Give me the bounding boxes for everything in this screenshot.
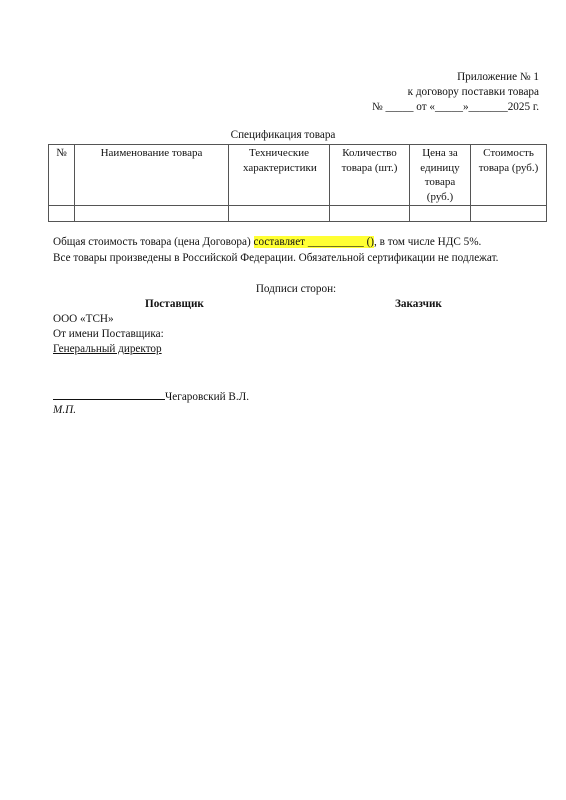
supplier-on-behalf: От имени Поставщика:: [53, 328, 164, 340]
signer-name: Чегаровский В.Л.: [165, 391, 249, 403]
column-header-quantity: Количество товара (шт.): [330, 145, 410, 206]
appendix-contract-number-date: № _____ от «_____»_______2025 г.: [372, 100, 539, 114]
customer-label: Заказчик: [395, 298, 442, 310]
appendix-number: Приложение № 1: [457, 70, 539, 84]
total-cost-prefix: Общая стоимость товара (цена Договора): [53, 236, 254, 248]
origin-note: Все товары произведены в Российской Феде…: [53, 252, 498, 264]
table-cell[interactable]: [410, 206, 471, 222]
table-header-row: № Наименование товара Технические характ…: [49, 145, 547, 206]
supplier-company: ООО «ТСН»: [53, 313, 114, 325]
table-cell[interactable]: [75, 206, 229, 222]
table-cell[interactable]: [49, 206, 75, 222]
signature-block: Чегаровский В.Л.: [53, 388, 249, 403]
column-header-cost: Стоимость товара (руб.): [471, 145, 547, 206]
column-header-specs: Технические характеристики: [229, 145, 330, 206]
spec-table: № Наименование товара Технические характ…: [48, 144, 547, 222]
table-row: [49, 206, 547, 222]
total-cost-line: Общая стоимость товара (цена Договора) с…: [53, 236, 481, 248]
column-header-name: Наименование товара: [75, 145, 229, 206]
supplier-position: Генеральный директор: [53, 343, 162, 355]
spec-title: Спецификация товара: [0, 129, 566, 141]
table-cell[interactable]: [330, 206, 410, 222]
total-cost-suffix: , в том числе НДС 5%.: [374, 236, 481, 248]
supplier-label: Поставщик: [145, 298, 204, 310]
total-cost-highlighted: составляет __________ (): [254, 236, 375, 248]
appendix-contract-ref: к договору поставки товара: [408, 85, 539, 99]
table-cell[interactable]: [229, 206, 330, 222]
stamp-placeholder: М.П.: [53, 404, 76, 416]
table-cell[interactable]: [471, 206, 547, 222]
signature-line[interactable]: [53, 388, 165, 400]
column-header-number: №: [49, 145, 75, 206]
column-header-unit-price: Цена за единицу товара (руб.): [410, 145, 471, 206]
signatures-title: Подписи сторон:: [0, 283, 566, 295]
